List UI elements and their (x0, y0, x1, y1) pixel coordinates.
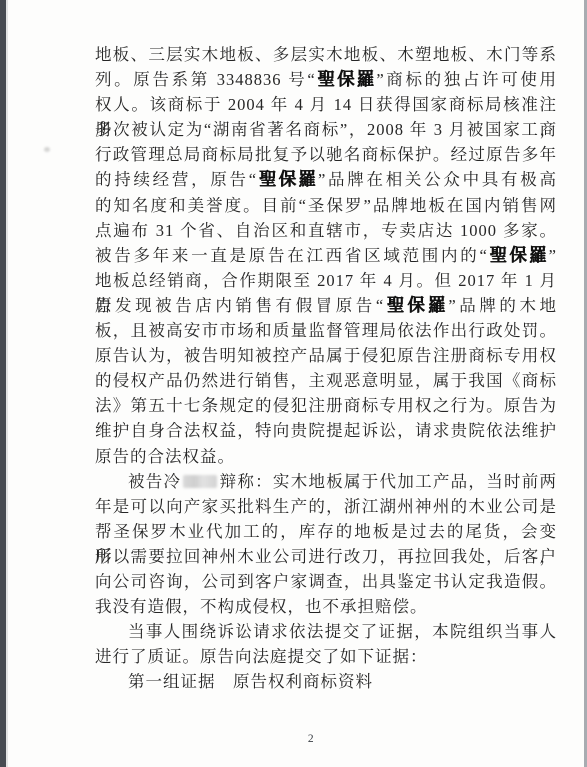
brand-logo-text: 聖保羅 (384, 295, 448, 315)
document-text-body: 地板、三层实木地板、多层实木地板、木塑地板、木门等系列。原告系第 3348836… (95, 42, 557, 694)
text-segment: 行政管理总局商标局批复予以驰名商标保护。经过原告多年 (95, 145, 557, 164)
text-segment: 向公司咨询，公司到客户家调查，出具鉴定书认定我造假。 (95, 572, 557, 591)
text-line: 板，且被高安市市场和质量监督管理局依法作出行政处罚。 (95, 318, 557, 343)
text-segment: 原告认为，被告明知被控产品属于侵犯原告注册商标专用权 (95, 346, 557, 365)
text-line: 的持续经营，原告“聖保羅”品牌在相关公众中具有极高 (95, 167, 557, 192)
text-line: 帮圣保罗木业代加工的，库存的地板是过去的尾货，会变形， (95, 519, 557, 544)
text-segment: 的持续经营，原告“ (95, 170, 257, 189)
text-segment: 维护自身合法权益，特向贵院提起诉讼，请求贵院依法维护 (95, 421, 557, 440)
text-segment: 法》第五十七条规定的侵犯注册商标专用权之行为。原告为 (95, 396, 557, 415)
brand-logo-text: 聖保羅 (257, 169, 318, 189)
text-line: 我没有造假，不构成侵权，也不承担赔偿。 (95, 594, 557, 619)
text-segment: 所以需要拉回神州木业公司进行改刀，再拉回我处，后客户 (95, 547, 557, 566)
text-segment: 点遍布 31 个省、自治区和直辖市，专卖店达 1000 多家。 (95, 221, 557, 240)
text-segment: ” (549, 246, 557, 265)
text-line: 向公司咨询，公司到客户家调查，出具鉴定书认定我造假。 (95, 569, 557, 594)
text-line: 所以需要拉回神州木业公司进行改刀，再拉回我处，后客户 (95, 544, 557, 569)
text-line: 的知名度和美誉度。目前“圣保罗”品牌地板在国内销售网 (95, 193, 557, 218)
text-segment: 年是可以向产家买批料生产的，浙江湖州神州的木业公司是 (95, 497, 557, 516)
scanned-court-document-page: 地板、三层实木地板、多层实木地板、木塑地板、木门等系列。原告系第 3348836… (0, 0, 587, 767)
text-line: 行政管理总局商标局批复予以驰名商标保护。经过原告多年 (95, 142, 557, 167)
text-line: 列。原告系第 3348836 号“聖保羅”商标的独占许可使用 (95, 67, 557, 92)
text-segment: 被告多年来一直是原告在江西省区域范围内的“ (95, 246, 488, 265)
text-segment: 告发现被告店内销售有假冒原告“ (95, 296, 384, 315)
text-line: 维护自身合法权益，特向贵院提起诉讼，请求贵院依法维护 (95, 418, 557, 443)
redaction-blur (183, 475, 217, 488)
text-line: 第一组证据 原告权利商标资料 (95, 669, 557, 694)
text-line: 年是可以向产家买批料生产的，浙江湖州神州的木业公司是 (95, 494, 557, 519)
text-line: 多次被认定为“湖南省著名商标”，2008 年 3 月被国家工商 (95, 117, 557, 142)
text-line: 当事人围绕诉讼请求依法提交了证据，本院组织当事人 (95, 619, 557, 644)
text-line: 进行了质证。原告向法庭提交了如下证据： (95, 644, 557, 669)
text-segment: 的知名度和美誉度。目前“圣保罗”品牌地板在国内销售网 (95, 196, 557, 215)
text-line: 原告认为，被告明知被控产品属于侵犯原告注册商标专用权 (95, 343, 557, 368)
text-line: 地板、三层实木地板、多层实木地板、木塑地板、木门等系 (95, 42, 557, 67)
scan-binding-edge-highlight (6, 0, 8, 767)
brand-logo-text: 聖保羅 (488, 245, 549, 265)
text-segment: 板，且被高安市市场和质量监督管理局依法作出行政处罚。 (95, 321, 557, 340)
text-line: 原告的合法权益。 (95, 444, 557, 469)
text-segment: 地板、三层实木地板、多层实木地板、木塑地板、木门等系 (95, 45, 557, 64)
text-segment: ”品牌的木地 (448, 296, 557, 315)
text-segment: 被告冷 (128, 472, 181, 491)
text-segment: 辩称：实木地板属于代加工产品，当时前两 (219, 472, 557, 491)
text-segment: 原告的合法权益。 (95, 447, 235, 466)
text-segment: 我没有造假，不构成侵权，也不承担赔偿。 (95, 597, 428, 616)
text-segment: 的侵权产品仍然进行销售，主观恶意明显，属于我国《商标 (95, 371, 557, 390)
text-line: 被告冷辩称：实木地板属于代加工产品，当时前两 (95, 469, 557, 494)
text-segment: ”品牌在相关公众中具有极高 (318, 170, 557, 189)
text-segment: 列。原告系第 3348836 号“ (95, 70, 316, 89)
text-line: 点遍布 31 个省、自治区和直辖市，专卖店达 1000 多家。 (95, 218, 557, 243)
text-line: 的侵权产品仍然进行销售，主观恶意明显，属于我国《商标 (95, 368, 557, 393)
text-segment: ”商标的独占许可使用 (376, 70, 557, 89)
text-line: 权人。该商标于 2004 年 4 月 14 日获得国家商标局核准注册， (95, 92, 557, 117)
scan-artifact-speck (44, 147, 50, 152)
text-segment: 进行了质证。原告向法庭提交了如下证据： (95, 647, 428, 666)
text-segment: 当事人围绕诉讼请求依法提交了证据，本院组织当事人 (128, 622, 557, 641)
text-segment: 第一组证据 原告权利商标资料 (128, 672, 373, 691)
text-line: 法》第五十七条规定的侵犯注册商标专用权之行为。原告为 (95, 393, 557, 418)
text-segment: 多次被认定为“湖南省著名商标”，2008 年 3 月被国家工商 (95, 120, 557, 139)
page-number: 2 (95, 733, 527, 745)
text-line: 告发现被告店内销售有假冒原告“聖保羅”品牌的木地 (95, 293, 557, 318)
text-line: 被告多年来一直是原告在江西省区域范围内的“聖保羅” (95, 243, 557, 268)
brand-logo-text: 聖保羅 (316, 69, 377, 89)
text-line: 地板总经销商，合作期限至 2017 年 4 月。但 2017 年 1 月原 (95, 268, 557, 293)
